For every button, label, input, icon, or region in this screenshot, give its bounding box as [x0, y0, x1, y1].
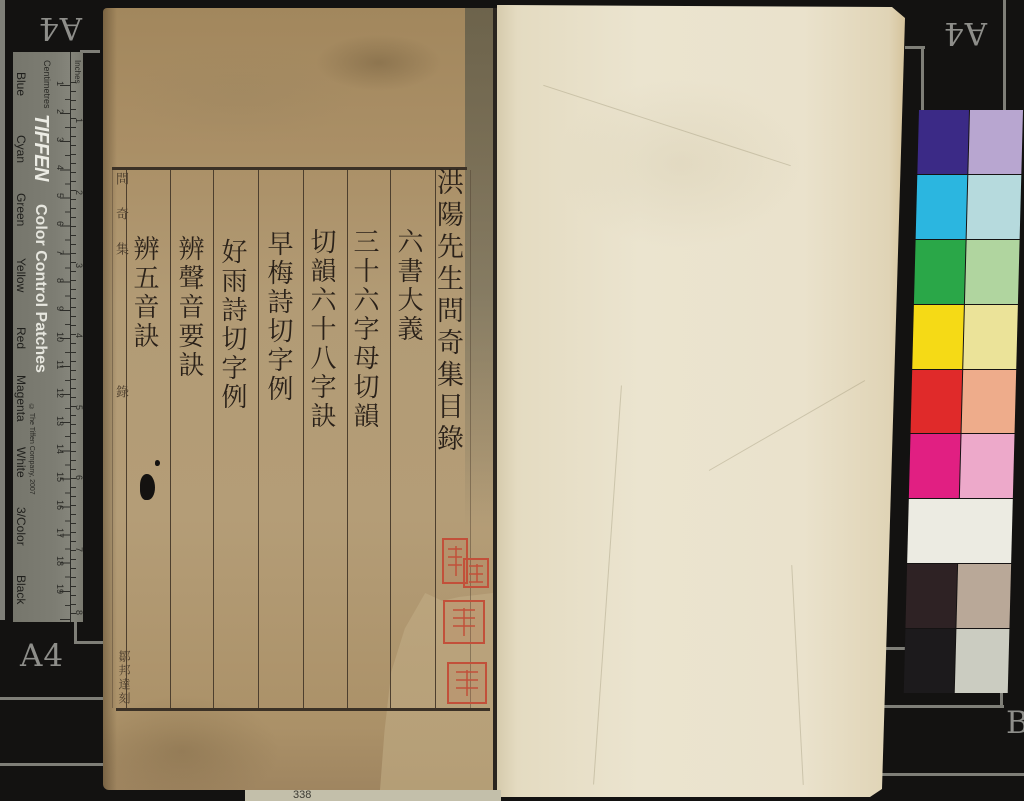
- guide-line-left-edge: [0, 0, 5, 620]
- patch-red-tint: [962, 370, 1017, 434]
- tiffen-logo: TIFFEN: [29, 114, 52, 181]
- toc-entry: 切韻六十八字訣: [310, 228, 340, 431]
- patch-magenta-tint: [960, 434, 1015, 498]
- paper-crease: [593, 385, 622, 784]
- ruler-cm-number: 19: [55, 584, 65, 594]
- ruler-cm-number: 11: [55, 360, 65, 369]
- table-of-contents-title: 洪陽先生問奇集目錄: [437, 168, 467, 456]
- ruler-color-label: 3/Color: [14, 507, 28, 546]
- toc-entry: 好雨詩切字例: [221, 238, 251, 412]
- guide-line-ruler-top: [80, 50, 100, 53]
- column-rule: [258, 170, 259, 708]
- ruler-inch-number: 3: [74, 263, 83, 268]
- ruler-inch-number: 8: [74, 610, 83, 615]
- ruler-cm-number: 1: [55, 81, 65, 86]
- book-spine: [493, 8, 497, 790]
- ruler-cm-number: 7: [55, 250, 65, 255]
- ruler-color-label: Green: [14, 193, 28, 226]
- patch-cyan-tint: [967, 175, 1022, 239]
- ruler-inch-number: 4: [74, 333, 83, 338]
- ruler-inch-number: 2: [74, 190, 83, 195]
- ruler-unit-inches: Inches: [73, 60, 82, 84]
- guide-line-right-1: [883, 647, 905, 650]
- ruler-cm-number: 16: [55, 500, 65, 510]
- toc-entry: 三十六字母切韻: [353, 228, 383, 431]
- guide-line-right-corner-v: [921, 46, 924, 110]
- ruler-cm-number: 4: [55, 165, 65, 170]
- ruler-color-label: Magenta: [14, 375, 28, 422]
- carver-note: 鄒邦達刻: [116, 650, 133, 706]
- red-seal-stamp: [443, 600, 485, 644]
- patch-green-tint: [965, 240, 1020, 304]
- catalog-number: 338: [293, 790, 311, 801]
- ruler-color-label: Blue: [14, 72, 28, 96]
- ruler-cm-number: 18: [55, 556, 65, 566]
- ruler-cm-number: 9: [55, 306, 65, 311]
- guide-line-right-2: [883, 705, 1004, 708]
- patch-yellow-tint: [963, 305, 1018, 369]
- ruler-color-label: Yellow: [14, 258, 28, 292]
- paper-size-label-bottom-left: A4: [20, 641, 64, 672]
- patch-black-tint: [955, 629, 1010, 693]
- ink-stain: [140, 474, 155, 500]
- patch-white: [907, 499, 1013, 563]
- patch-magenta: [909, 434, 961, 498]
- patch-blue-tint: [968, 110, 1023, 174]
- paper-crease: [543, 85, 791, 166]
- toc-entry: 辨五音訣: [133, 235, 163, 351]
- guide-line-left-1: [0, 697, 104, 700]
- ruler-inch-number: 6: [74, 475, 83, 480]
- ruler-cm-number: 8: [55, 278, 65, 283]
- book-right-page-blank: [497, 5, 905, 797]
- ink-speck: [155, 460, 160, 466]
- paper-crease: [709, 380, 865, 471]
- ruler-inch-number: 5: [74, 405, 83, 410]
- ruler-color-label: Black: [14, 575, 28, 604]
- ruler-inch-ticks: [71, 82, 76, 622]
- patch-cyan: [916, 175, 968, 239]
- ruler-cm-number: 15: [55, 472, 65, 482]
- paper-crease: [791, 565, 804, 785]
- patch-red: [911, 370, 963, 434]
- color-control-patches-chart: [904, 110, 1022, 693]
- paper-size-label-bottom-right: B: [1006, 708, 1024, 739]
- patch-blue: [917, 110, 969, 174]
- toc-entry: 辨聲音要訣: [178, 235, 208, 380]
- paper-size-label-top-left: A4: [38, 12, 82, 43]
- frame-bottom-rule: [116, 708, 490, 711]
- ruler-cm-number: 6: [55, 221, 65, 226]
- paper-size-label-top-right: A4: [943, 17, 987, 48]
- ruler-color-label: Red: [14, 327, 28, 349]
- guide-line-left-2: [0, 763, 104, 766]
- toc-entry: 六書大義: [397, 228, 427, 344]
- ruler-cm-number: 10: [55, 332, 65, 342]
- guide-line-ruler-corner-h: [74, 641, 104, 644]
- ruler-color-label: Cyan: [14, 135, 28, 163]
- ruler-cm-number: 13: [55, 416, 65, 426]
- guide-line-right-3: [880, 773, 1024, 776]
- red-seal-stamp: [447, 662, 487, 704]
- ruler-inch-number: 1: [74, 118, 83, 123]
- ruler-unit-centimetres: Centimetres: [42, 60, 52, 109]
- ruler-cm-number: 12: [55, 388, 65, 398]
- patch-3color-tint: [956, 564, 1011, 628]
- ruler-title: Color Control Patches: [31, 204, 49, 373]
- ruler-cm-number: 17: [55, 528, 65, 538]
- margin-book-title: 問奇集: [111, 172, 130, 277]
- book-left-page: 洪陽先生問奇集目錄 六書大義 三十六字母切韻 切韻六十八字訣 早梅詩切字例 好雨…: [103, 8, 497, 790]
- ruler-color-label: White: [14, 447, 28, 478]
- patch-yellow: [912, 305, 964, 369]
- patch-green: [914, 240, 966, 304]
- patch-black: [904, 629, 956, 693]
- frame-top-rule: [112, 167, 467, 170]
- ruler-inch-number: 7: [74, 547, 83, 552]
- catalog-label-strip: 338: [245, 790, 501, 801]
- tiffen-color-control-ruler: Centimetres Inches TIFFEN Color Control …: [13, 52, 83, 622]
- ruler-cm-number: 14: [55, 444, 65, 454]
- guide-line-right-top-v: [1003, 0, 1006, 110]
- red-seal-stamp: [463, 558, 489, 588]
- ruler-copyright: © The Tiffen Company, 2007: [28, 404, 35, 495]
- ruler-cm-number: 3: [55, 137, 65, 142]
- ruler-cm-number: 5: [55, 193, 65, 198]
- patch-3color: [905, 564, 957, 628]
- toc-entry: 早梅詩切字例: [267, 230, 297, 404]
- margin-section-label: 錄: [111, 385, 130, 398]
- ruler-cm-number: 2: [55, 109, 65, 114]
